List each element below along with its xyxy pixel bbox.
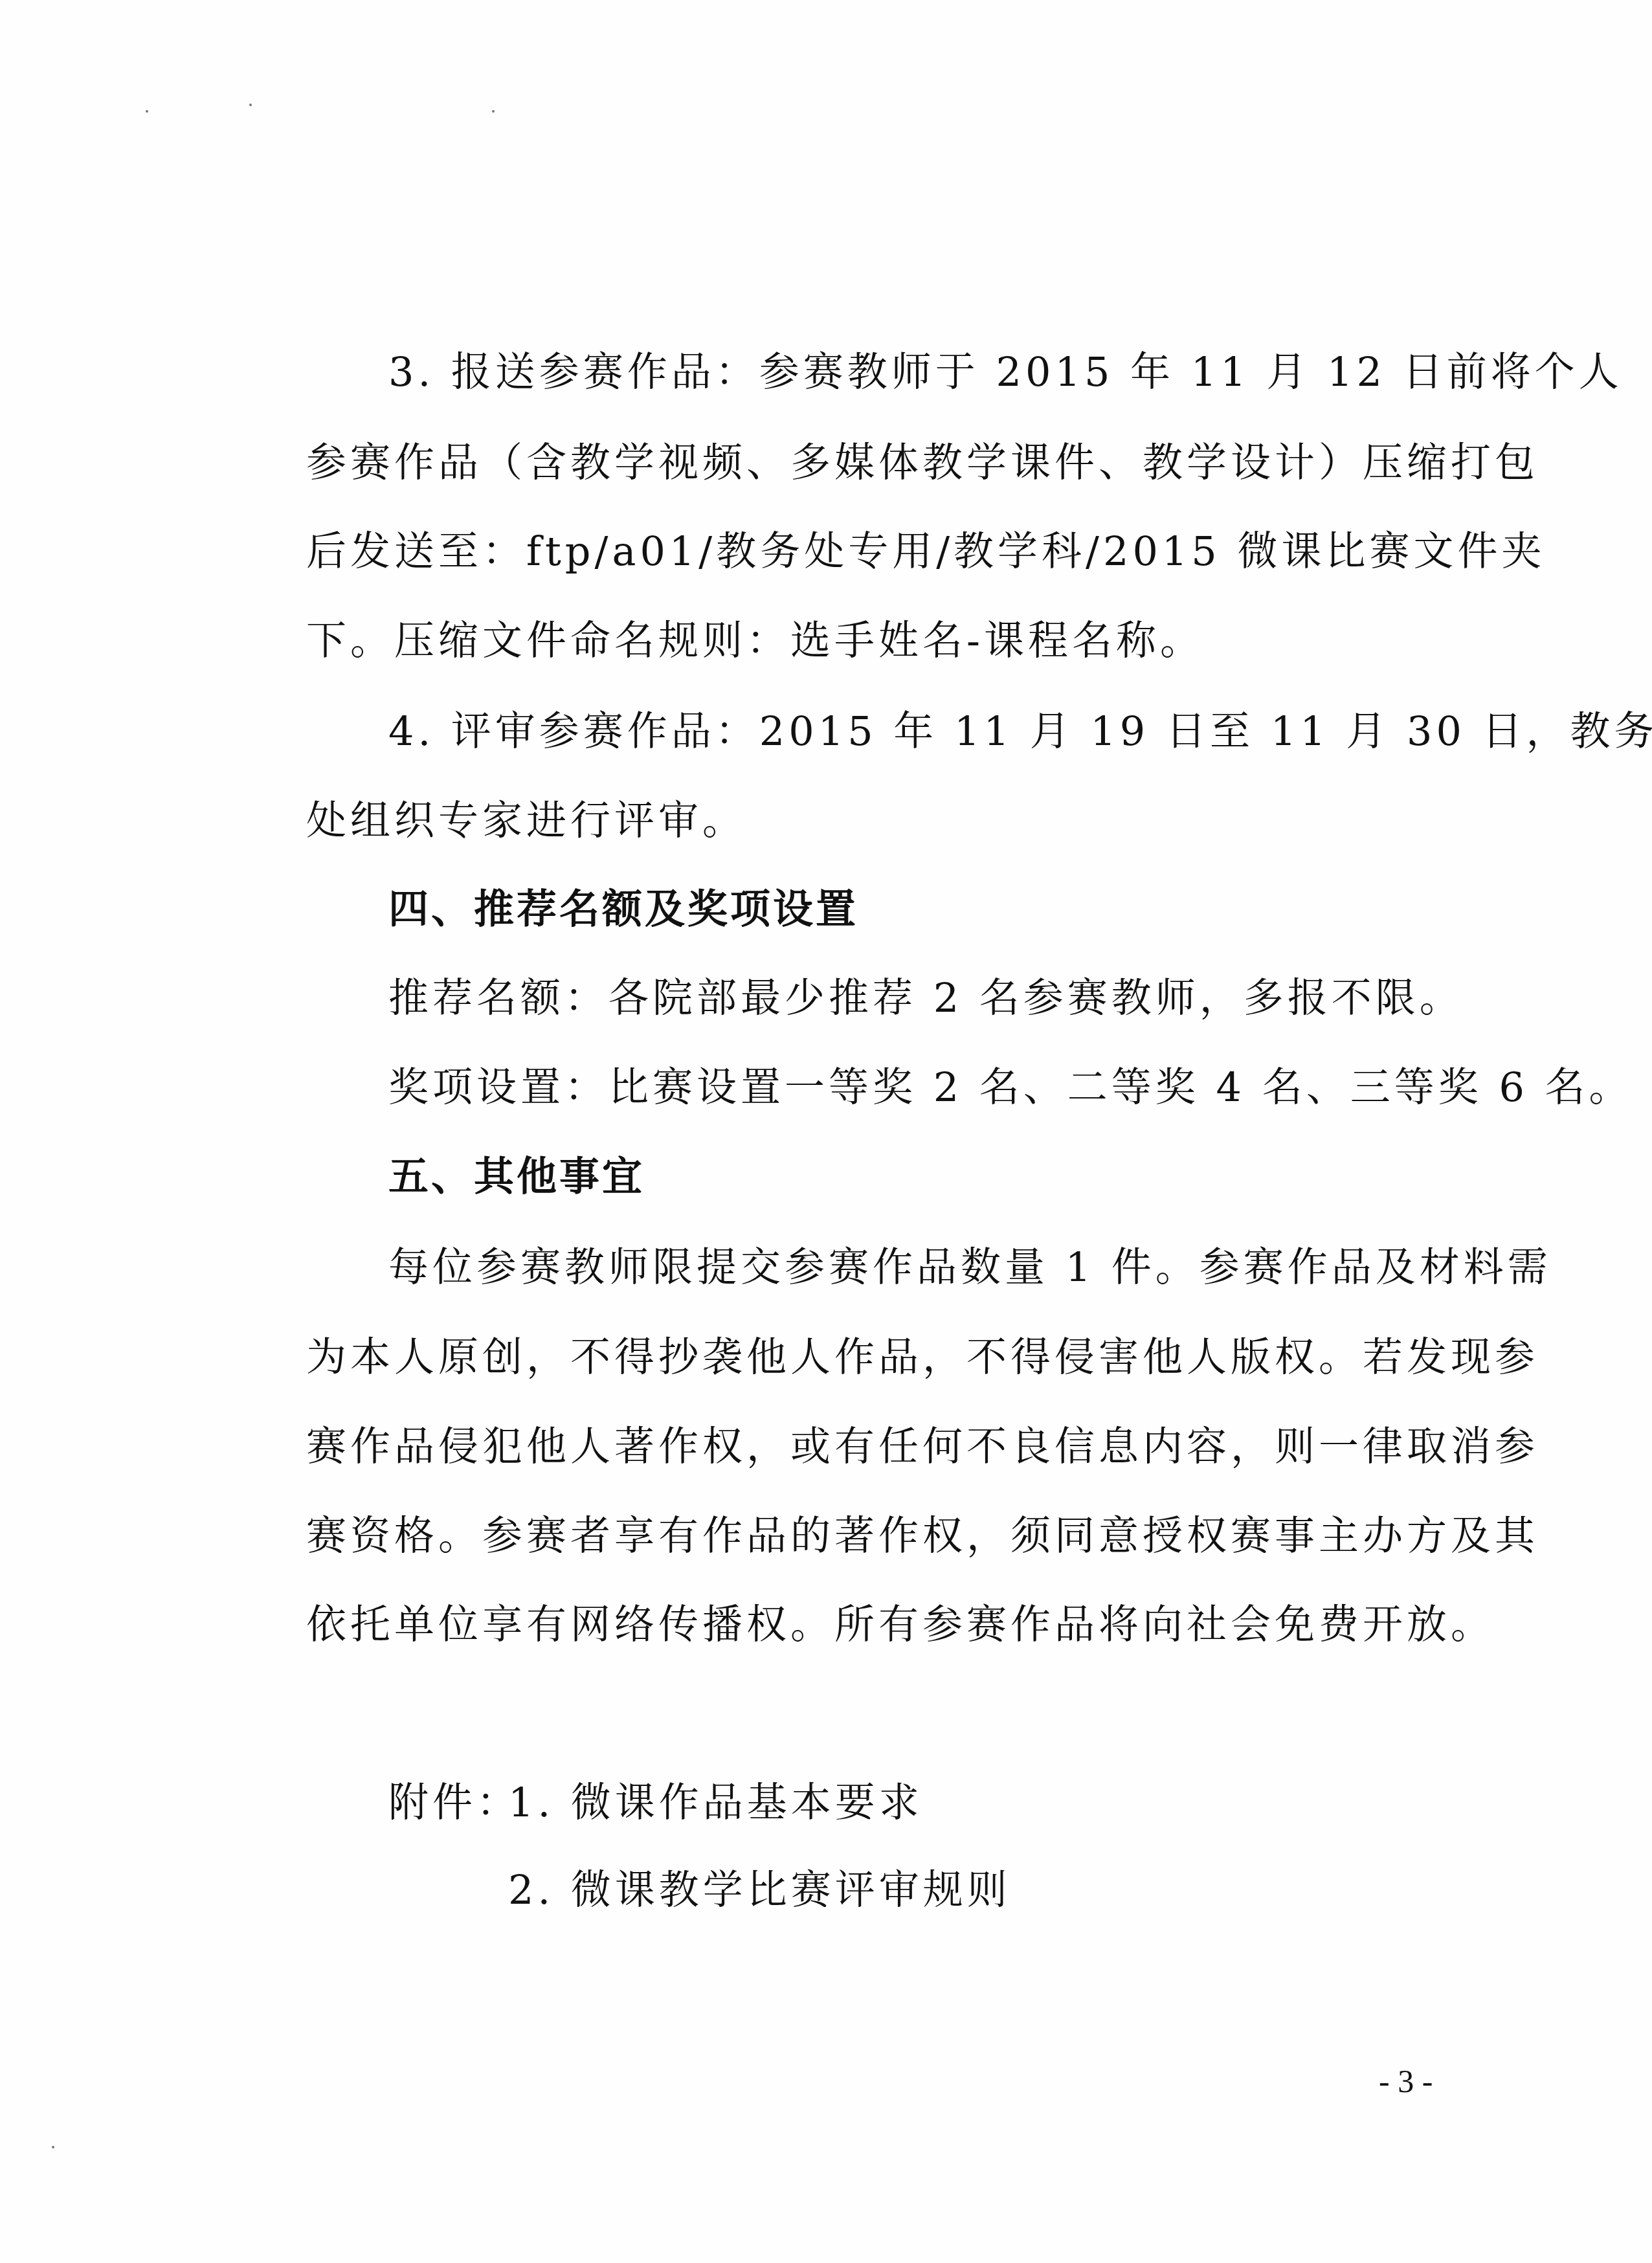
attachment-item-2: 2. 微课教学比赛评审规则: [508, 1864, 1011, 1916]
awards-text: 奖项设置：比赛设置一等奖 2 名、二等奖 4 名、三等奖 6 名。: [388, 1062, 1426, 1113]
scan-speck: [249, 104, 252, 106]
item3-line-2: 参赛作品（含教学视频、多媒体教学课件、教学设计）压缩打包: [306, 437, 1426, 489]
section5-line-5: 依托单位享有网络传播权。所有参赛作品将向社会免费开放。: [306, 1599, 1426, 1651]
section5-line-3: 赛作品侵犯他人著作权，或有任何不良信息内容，则一律取消参: [306, 1421, 1426, 1473]
section5-line-1: 每位参赛教师限提交参赛作品数量 1 件。参赛作品及材料需: [388, 1242, 1426, 1293]
quota-text: 推荐名额：各院部最少推荐 2 名参赛教师，多报不限。: [388, 972, 1426, 1024]
section5-line-2: 为本人原创，不得抄袭他人作品，不得侵害他人版权。若发现参: [306, 1332, 1426, 1383]
scan-speck: [492, 110, 495, 113]
scan-speck: [52, 2146, 54, 2148]
scan-speck: [146, 110, 148, 113]
item3-line-1: 3. 报送参赛作品：参赛教师于 2015 年 11 月 12 日前将个人: [388, 346, 1426, 398]
document-page: 3. 报送参赛作品：参赛教师于 2015 年 11 月 12 日前将个人 参赛作…: [0, 0, 1652, 2263]
section5-line-4: 赛资格。参赛者享有作品的著作权，须同意授权赛事主办方及其: [306, 1510, 1426, 1562]
item3-line-3: 后发送至：ftp/a01/教务处专用/教学科/2015 微课比赛文件夹: [306, 526, 1426, 577]
section4-heading: 四、推荐名额及奖项设置: [388, 884, 858, 935]
section5-heading: 五、其他事宜: [388, 1151, 645, 1203]
item4-line-2: 处组织专家进行评审。: [306, 795, 1426, 847]
item3-line-4: 下。压缩文件命名规则：选手姓名-课程名称。: [306, 615, 1426, 667]
attachment-item-1: 1. 微课作品基本要求: [508, 1777, 923, 1829]
page-number: - 3 -: [1379, 2058, 1433, 2104]
item4-line-1: 4. 评审参赛作品：2015 年 11 月 19 日至 11 月 30 日，教务: [388, 706, 1426, 757]
attachments-label: 附件：: [388, 1777, 520, 1829]
